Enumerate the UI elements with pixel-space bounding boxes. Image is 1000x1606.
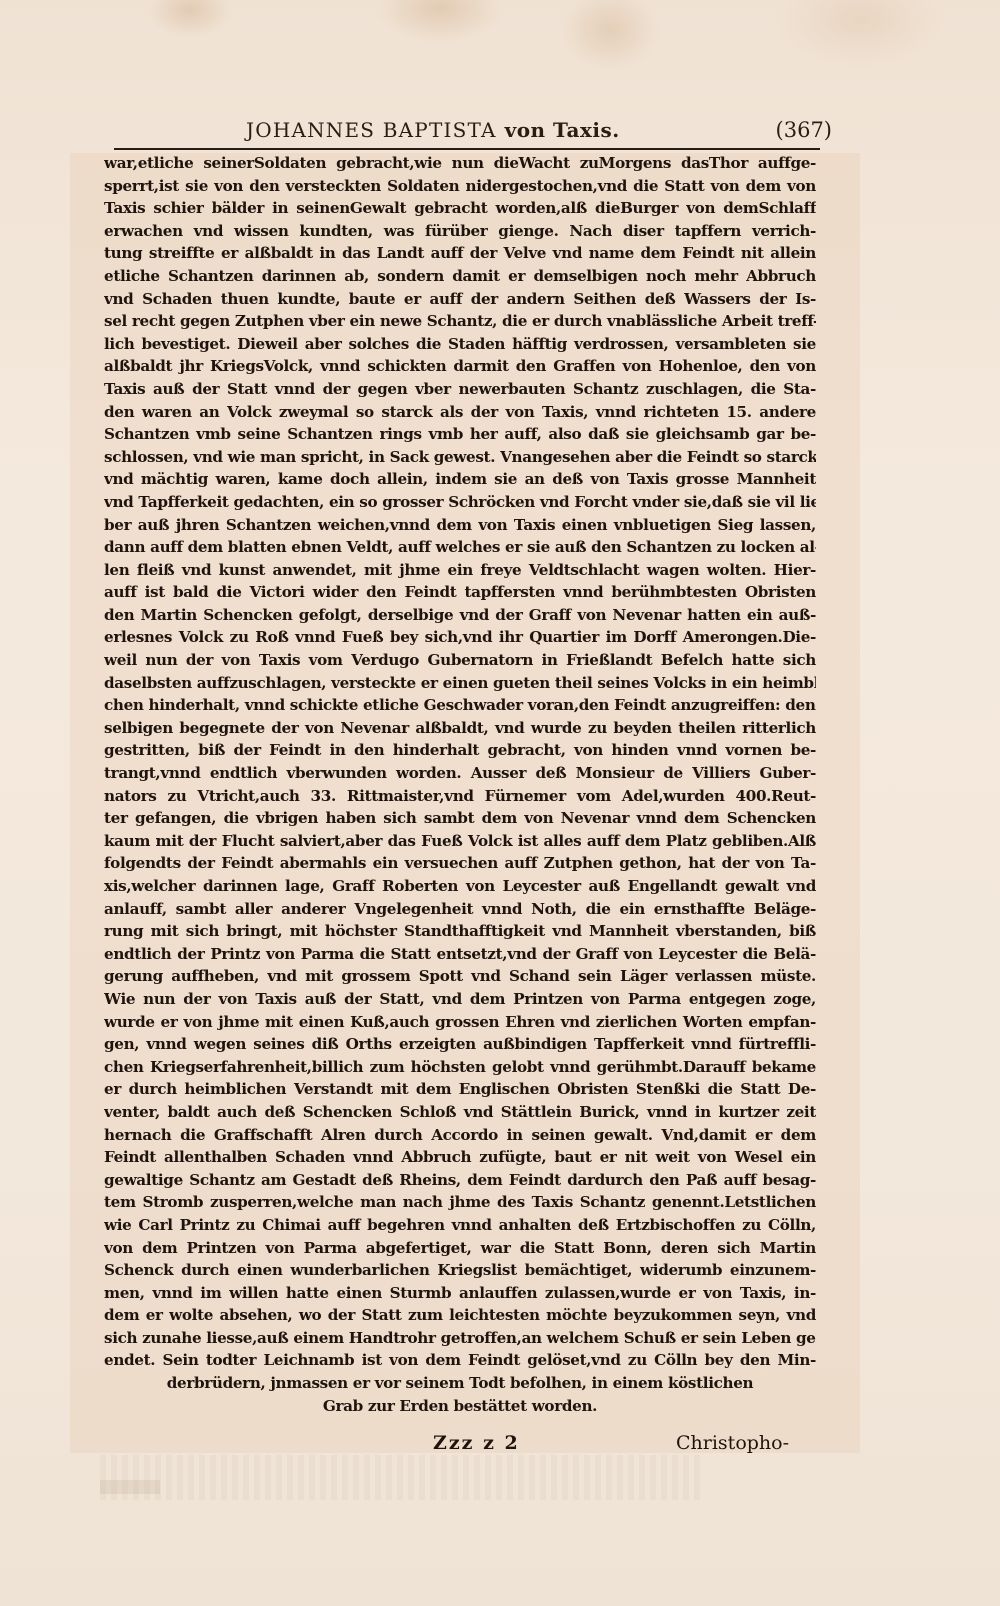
- text-line: endet. Sein todter Leichnamb ist von dem…: [104, 1349, 816, 1372]
- text-line: len fleiß vnd kunst anwendet, mit jhme e…: [104, 559, 816, 582]
- body-text: war,etliche seinerSoldaten gebracht,wie …: [104, 152, 816, 1417]
- text-line: weil nun der von Taxis vom Verdugo Guber…: [104, 649, 816, 672]
- text-line: rung mit sich bringt, mit höchster Stand…: [104, 920, 816, 943]
- text-line: er durch heimblichen Verstandt mit dem E…: [104, 1078, 816, 1101]
- text-line: gerung auffheben, vnd mit grossem Spott …: [104, 965, 816, 988]
- closing-line: derbrüdern, jnmassen er vor seinem Todt …: [104, 1372, 816, 1395]
- text-line: nators zu Vtricht,auch 33. Rittmaister,v…: [104, 785, 816, 808]
- text-line: lich bevestiget. Dieweil aber solches di…: [104, 333, 816, 356]
- text-line: chen hinderhalt, vnnd schickte etliche G…: [104, 694, 816, 717]
- text-line: dann auff dem blatten ebnen Veldt, auff …: [104, 536, 816, 559]
- text-line: den Martin Schencken gefolgt, derselbige…: [104, 604, 816, 627]
- text-line: erwachen vnd wissen kundten, was fürüber…: [104, 220, 816, 243]
- text-line: Taxis auß der Statt vnnd der gegen vber …: [104, 378, 816, 401]
- text-line: endtlich der Printz von Parma die Statt …: [104, 943, 816, 966]
- closing-line: Grab zur Erden bestättet worden.: [104, 1395, 816, 1418]
- page-number: (367): [776, 118, 832, 142]
- text-line: schlossen, vnd wie man spricht, in Sack …: [104, 446, 816, 469]
- text-line: Schenck durch einen wunderbarlichen Krie…: [104, 1259, 816, 1282]
- show-through-text: [100, 1480, 160, 1494]
- text-line: anlauff, sambt aller anderer Vngelegenhe…: [104, 898, 816, 921]
- text-line: gewaltige Schantz am Gestadt deß Rheins,…: [104, 1169, 816, 1192]
- text-line: tung streiffte er alßbaldt in das Landt …: [104, 242, 816, 265]
- signature-mark: Zzz z 2: [433, 1432, 520, 1454]
- text-line: erlesnes Volck zu Roß vnnd Fueß bey sich…: [104, 626, 816, 649]
- text-line: wurde er von jhme mit einen Kuß,auch gro…: [104, 1011, 816, 1034]
- text-line: wie Carl Printz zu Chimai auff begehren …: [104, 1214, 816, 1237]
- text-line: ber auß jhren Schantzen weichen,vnnd dem…: [104, 514, 816, 537]
- text-line: Schantzen vmb seine Schantzen rings vmb …: [104, 423, 816, 446]
- text-line: selbigen begegnete der von Nevenar alßba…: [104, 717, 816, 740]
- show-through-text: [100, 1455, 700, 1500]
- text-line: gen, vnnd wegen seines diß Orths erzeigt…: [104, 1033, 816, 1056]
- text-line: vnd mächtig waren, kame doch allein, ind…: [104, 468, 816, 491]
- text-line: sich zunahe liesse,auß einem Handtrohr g…: [104, 1327, 816, 1350]
- text-line: etliche Schantzen darinnen ab, sondern d…: [104, 265, 816, 288]
- text-line: trangt,vnnd endtlich vberwunden worden. …: [104, 762, 816, 785]
- text-line: von dem Printzen von Parma abgefertiget,…: [104, 1237, 816, 1260]
- text-line: alßbaldt jhr KriegsVolck, vnnd schickten…: [104, 355, 816, 378]
- text-line: vnd Schaden thuen kundte, baute er auff …: [104, 288, 816, 311]
- text-line: Wie nun der von Taxis auß der Statt, vnd…: [104, 988, 816, 1011]
- text-line: Feindt allenthalben Schaden vnnd Abbruch…: [104, 1146, 816, 1169]
- text-line: chen Kriegserfahrenheit,billich zum höch…: [104, 1056, 816, 1079]
- running-head: JOHANNES BAPTISTAvon Taxis. (367): [114, 112, 820, 148]
- text-line: dem er wolte absehen, wo der Statt zum l…: [104, 1304, 816, 1327]
- text-line: ter gefangen, die vbrigen haben sich sam…: [104, 807, 816, 830]
- text-line: venter, baldt auch deß Schencken Schloß …: [104, 1101, 816, 1124]
- running-title-blackletter: von Taxis.: [505, 118, 620, 142]
- header-rule: [114, 148, 820, 150]
- text-line: vnd Tapfferkeit gedachten, ein so grosse…: [104, 491, 816, 514]
- text-line: den waren an Volck zweymal so starck als…: [104, 401, 816, 424]
- text-line: folgendts der Feindt abermahls ein versu…: [104, 852, 816, 875]
- catchword: Christopho-: [676, 1432, 789, 1454]
- running-title: JOHANNES BAPTISTAvon Taxis.: [246, 118, 620, 142]
- text-line: xis,welcher darinnen lage, Graff Roberte…: [104, 875, 816, 898]
- text-line: sperrt,ist sie von den versteckten Solda…: [104, 175, 816, 198]
- text-line: kaum mit der Flucht salviert,aber das Fu…: [104, 830, 816, 853]
- text-line: gestritten, biß der Feindt in den hinder…: [104, 739, 816, 762]
- text-line: auff ist bald die Victori wider den Fein…: [104, 581, 816, 604]
- text-line: Taxis schier bälder in seinenGewalt gebr…: [104, 197, 816, 220]
- text-line: hernach die Graffschafft Alren durch Acc…: [104, 1124, 816, 1147]
- running-title-roman: JOHANNES BAPTISTA: [246, 118, 497, 142]
- text-line: tem Stromb zusperren,welche man nach jhm…: [104, 1191, 816, 1214]
- text-line: sel recht gegen Zutphen vber ein newe Sc…: [104, 310, 816, 333]
- text-line: men, vnnd im willen hatte einen Sturmb a…: [104, 1282, 816, 1305]
- text-line: daselbsten auffzuschlagen, versteckte er…: [104, 672, 816, 695]
- text-line: war,etliche seinerSoldaten gebracht,wie …: [104, 152, 816, 175]
